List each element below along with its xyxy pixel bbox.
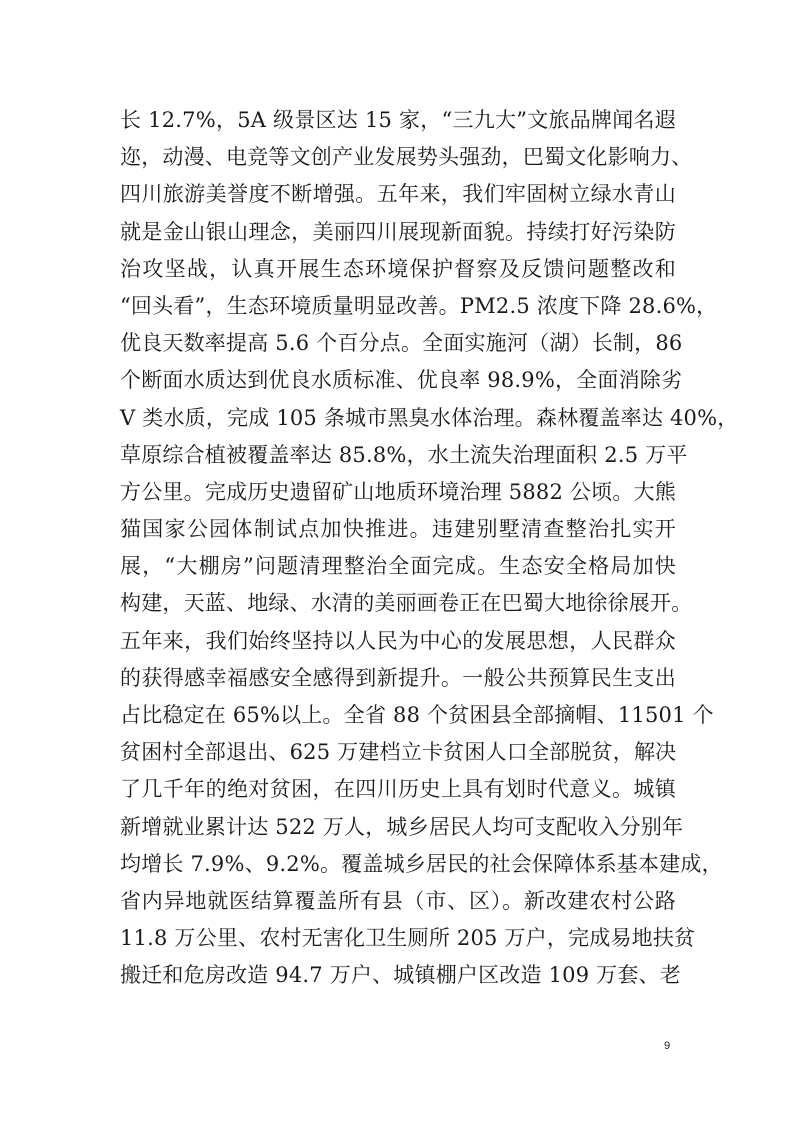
text-line: V 类水质，完成 105 条城市黑臭水体治理。森林覆盖率达 40%， [120, 400, 676, 437]
body-paragraph: 长 12.7%，5A 级景区达 15 家，“三九大”文旅品牌闻名遐 迩，动漫、电… [120, 102, 676, 995]
text-line: 个断面水质达到优良水质标准、优良率 98.9%，全面消除劣 [120, 362, 676, 399]
text-line: 了几千年的绝对贫困，在四川历史上具有划时代意义。城镇 [120, 771, 676, 808]
text-line: 占比稳定在 65%以上。全省 88 个贫困县全部摘帽、11501 个 [120, 697, 676, 734]
text-line: “回头看”，生态环境质量明显改善。PM2.5 浓度下降 28.6%， [120, 288, 676, 325]
text-line: 迩，动漫、电竞等文创产业发展势头强劲，巴蜀文化影响力、 [120, 139, 676, 176]
text-line: 长 12.7%，5A 级景区达 15 家，“三九大”文旅品牌闻名遐 [120, 102, 676, 139]
text-line: 草原综合植被覆盖率达 85.8%，水土流失治理面积 2.5 万平 [120, 437, 676, 474]
text-line: 五年来，我们始终坚持以人民为中心的发展思想，人民群众 [120, 623, 676, 660]
text-line: 方公里。完成历史遗留矿山地质环境治理 5882 公顷。大熊 [120, 474, 676, 511]
text-line: 优良天数率提高 5.6 个百分点。全面实施河（湖）长制，86 [120, 325, 676, 362]
text-line: 展，“大棚房”问题清理整治全面完成。生态安全格局加快 [120, 548, 676, 585]
page-number: 9 [664, 1040, 670, 1052]
text-line: 贫困村全部退出、625 万建档立卡贫困人口全部脱贫，解决 [120, 734, 676, 771]
text-line: 猫国家公园体制试点加快推进。违建别墅清查整治扎实开 [120, 511, 676, 548]
text-line: 就是金山银山理念，美丽四川展现新面貌。持续打好污染防 [120, 214, 676, 251]
text-line: 构建，天蓝、地绿、水清的美丽画卷正在巴蜀大地徐徐展开。 [120, 585, 676, 622]
text-line: 的获得感幸福感安全感得到新提升。一般公共预算民生支出 [120, 660, 676, 697]
text-line: 治攻坚战，认真开展生态环境保护督察及反馈问题整改和 [120, 251, 676, 288]
text-line: 搬迁和危房改造 94.7 万户、城镇棚户区改造 109 万套、老 [120, 957, 676, 994]
document-page: 长 12.7%，5A 级景区达 15 家，“三九大”文旅品牌闻名遐 迩，动漫、电… [0, 0, 793, 1122]
text-line: 均增长 7.9%、9.2%。覆盖城乡居民的社会保障体系基本建成， [120, 846, 676, 883]
text-line: 11.8 万公里、农村无害化卫生厕所 205 万户，完成易地扶贫 [120, 920, 676, 957]
text-line: 省内异地就医结算覆盖所有县（市、区）。新改建农村公路 [120, 883, 676, 920]
text-line: 四川旅游美誉度不断增强。五年来，我们牢固树立绿水青山 [120, 176, 676, 213]
text-line: 新增就业累计达 522 万人，城乡居民人均可支配收入分别年 [120, 809, 676, 846]
